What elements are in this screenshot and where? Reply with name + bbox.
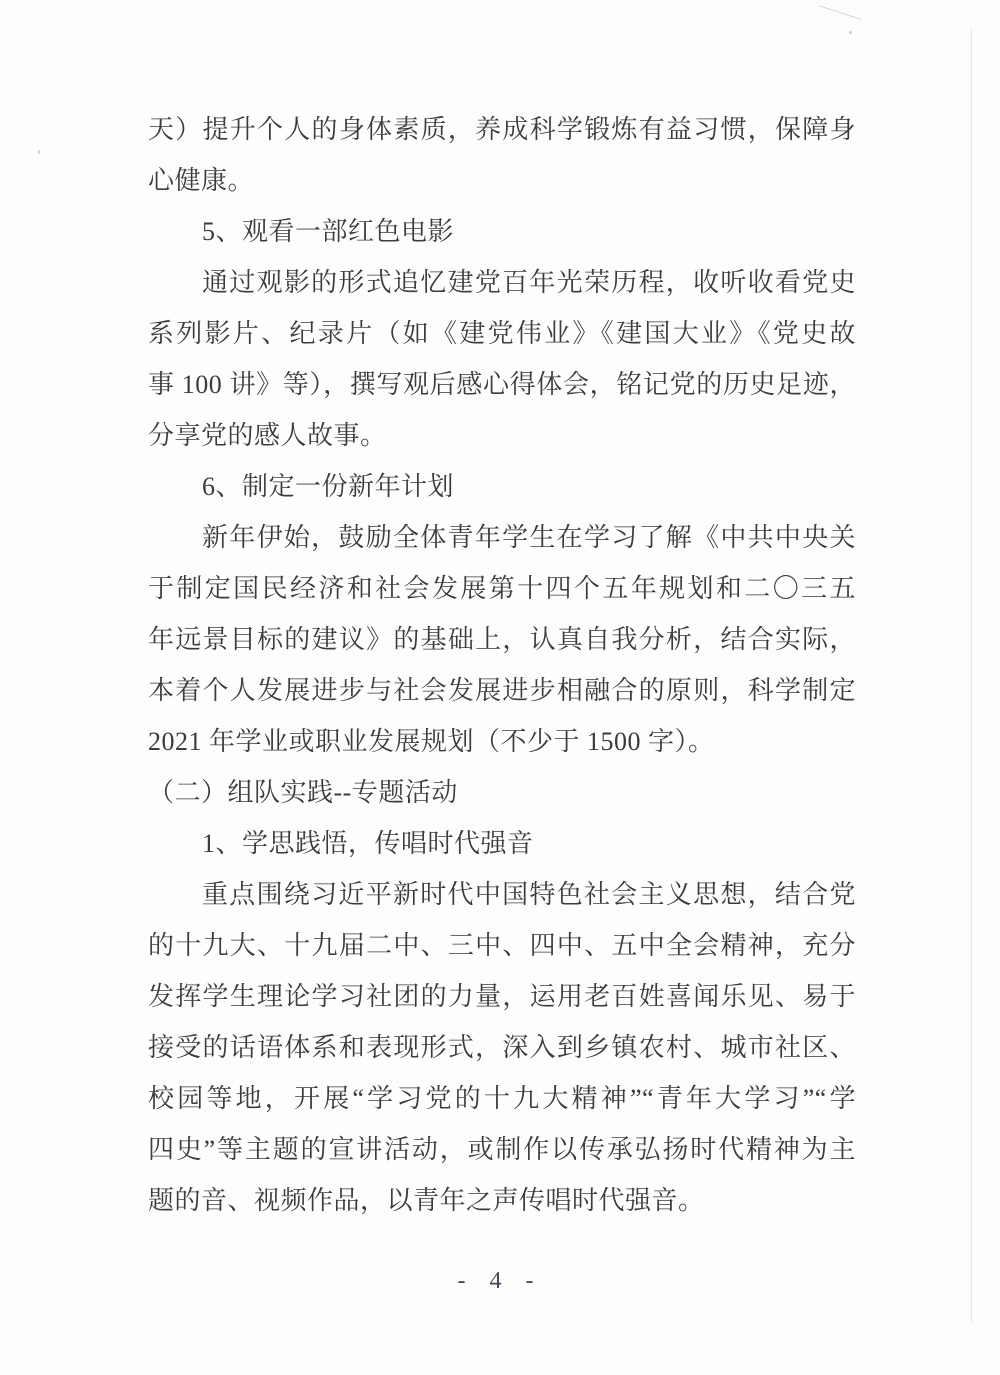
page-number: - 4 - [0, 1268, 1000, 1295]
text-line: 系列影片、纪录片（如《建党伟业》《建国大业》《党史故 [148, 308, 856, 359]
text-line: 本着个人发展进步与社会发展进步相融合的原则，科学制定 [148, 665, 856, 716]
text-line: 接受的话语体系和表现形式，深入到乡镇农村、城市社区、 [148, 1022, 856, 1073]
scan-speck-artifact [38, 150, 40, 154]
text-line: 校园等地，开展“学习党的十九大精神”“青年大学习”“学 [148, 1073, 856, 1124]
text-line: 6、制定一份新年计划 [148, 461, 856, 512]
document-page: 天）提升个人的身体素质，养成科学锻炼有益习惯，保障身心健康。5、观看一部红色电影… [0, 0, 1000, 1375]
scan-scratch-artifact [819, 5, 861, 20]
text-line: 的十九大、十九届二中、三中、四中、五中全会精神，充分 [148, 920, 856, 971]
text-line: （二）组队实践--专题活动 [148, 767, 856, 818]
text-line: 新年伊始，鼓励全体青年学生在学习了解《中共中央关 [148, 512, 856, 563]
text-line: 通过观影的形式追忆建党百年光荣历程，收听收看党史 [148, 257, 856, 308]
text-line: 分享党的感人故事。 [148, 410, 856, 461]
text-line: 1、学思践悟，传唱时代强音 [148, 818, 856, 869]
text-line: 发挥学生理论学习社团的力量，运用老百姓喜闻乐见、易于 [148, 971, 856, 1022]
text-line: 事 100 讲》等），撰写观后感心得体会，铭记党的历史足迹， [148, 359, 856, 410]
document-body: 天）提升个人的身体素质，养成科学锻炼有益习惯，保障身心健康。5、观看一部红色电影… [148, 104, 856, 1226]
text-line: 题的音、视频作品，以青年之声传唱时代强音。 [148, 1175, 856, 1226]
text-line: 重点围绕习近平新时代中国特色社会主义思想，结合党 [148, 869, 856, 920]
scan-fold-line [971, 28, 972, 1323]
text-line: 四史”等主题的宣讲活动，或制作以传承弘扬时代精神为主 [148, 1124, 856, 1175]
text-line: 天）提升个人的身体素质，养成科学锻炼有益习惯，保障身 [148, 104, 856, 155]
text-line: 5、观看一部红色电影 [148, 206, 856, 257]
text-line: 年远景目标的建议》的基础上，认真自我分析，结合实际， [148, 614, 856, 665]
text-line: 2021 年学业或职业发展规划（不少于 1500 字）。 [148, 716, 856, 767]
text-line: 心健康。 [148, 155, 856, 206]
text-line: 于制定国民经济和社会发展第十四个五年规划和二〇三五 [148, 563, 856, 614]
scan-speck-artifact [849, 31, 852, 34]
